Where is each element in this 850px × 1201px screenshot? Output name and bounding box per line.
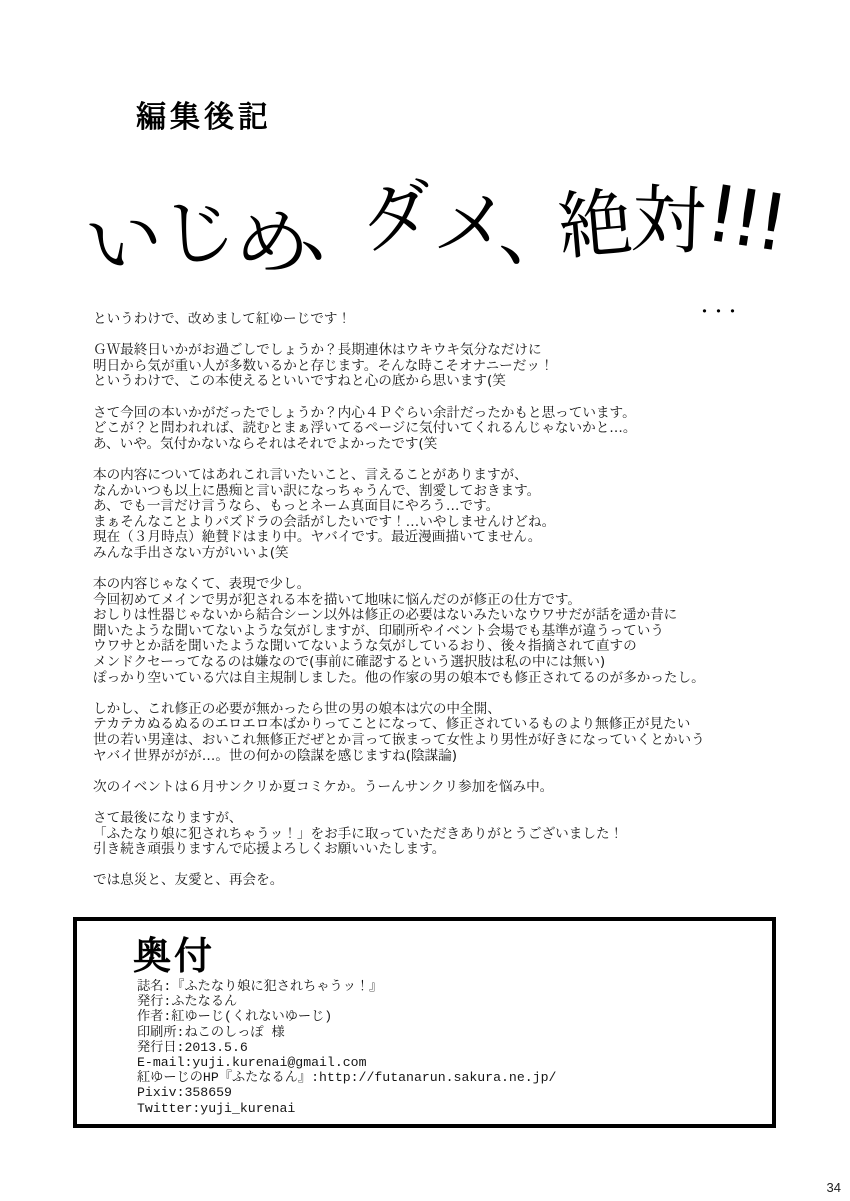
body-line: なんかいつも以上に愚痴と言い訳になっちゃうんで、割愛しておきます。 [93, 484, 808, 500]
afterword-page: 編集後記 いじめ、ダメ、絶対!!! ･･･ というわけで、改めまして紅ゆーじです… [0, 0, 850, 1201]
main-title-char: !!! [700, 175, 787, 264]
body-line: さて最後になりますが、 [93, 811, 808, 827]
main-title-char: じ [158, 192, 239, 273]
body-line: 次のイベントは６月サンクリか夏コミケか。うーんサンクリ参加を悩み中。 [93, 780, 808, 796]
body-line: あ、でも一言だけ言うなら、もっとネーム真面目にやろう…です。 [93, 499, 808, 515]
main-title-char: い [80, 196, 170, 286]
paragraph: しかし、これ修正の必要が無かったら世の男の娘本は穴の中全開、テカテカぬるぬるのエ… [93, 702, 808, 764]
main-title-char: ダ [355, 175, 440, 260]
body-line: みんな手出さない方がいいよ(笑 [93, 546, 808, 562]
body-line: 引き続き頑張りますんで応援よろしくお願いいたします。 [93, 842, 808, 858]
body-line: まぁそんなことよりパズドラの会話がしたいです！…いやしませんけどね。 [93, 515, 808, 531]
paragraph: 本の内容じゃなくて、表現で少し。今回初めてメインで男が犯される本を描いて地味に悩… [93, 577, 808, 686]
colophon-line: Pixiv:358659 [137, 1085, 556, 1100]
main-title-char: 絶 [555, 185, 635, 265]
paragraph: では息災と、友愛と、再会を。 [93, 873, 808, 889]
body-line: というわけで、改めまして紅ゆーじです！ [93, 312, 808, 328]
afterword-body: というわけで、改めまして紅ゆーじです！ＧＷ最終日いかがお過ごしでしょうか？長期連… [93, 312, 808, 905]
body-line: 本の内容じゃなくて、表現で少し。 [93, 577, 808, 593]
body-line: では息災と、友愛と、再会を。 [93, 873, 808, 889]
colophon-box: 奥付 誌名:『ふたなり娘に犯されちゃうッ！』発行:ふたなるん作者:紅ゆーじ(くれ… [73, 917, 776, 1128]
body-line: 現在（３月時点）絶賛ドはまり中。ヤバイです。最近漫画描いてません。 [93, 530, 808, 546]
paragraph: さて今回の本いかがだったでしょうか？内心４Ｐぐらい余計だったかもと思っています。… [93, 406, 808, 453]
body-line: ＧＷ最終日いかがお過ごしでしょうか？長期連休はウキウキ気分なだけに [93, 343, 808, 359]
colophon-line: 誌名:『ふたなり娘に犯されちゃうッ！』 [137, 979, 556, 994]
body-line: 世の若い男達は、おいこれ無修正だぜとか言って嵌まって女性より男性が好きになってい… [93, 733, 808, 749]
main-title-char: 対 [631, 183, 708, 260]
paragraph: さて最後になりますが、「ふたなり娘に犯されちゃうッ！」をお手に取っていただきあり… [93, 811, 808, 858]
body-line: というわけで、この本使えるといいですねと心の底から思います(笑 [93, 374, 808, 390]
colophon-line: E-mail:yuji.kurenai@gmail.com [137, 1055, 556, 1070]
colophon-line: Twitter:yuji_kurenai [137, 1101, 556, 1116]
colophon-line: 紅ゆーじのHP『ふたなるん』:http://futanarun.sakura.n… [137, 1070, 556, 1085]
body-line: ヤバイ世界ががが…。世の何かの陰謀を感じますね(陰謀論) [93, 749, 808, 765]
colophon-lines: 誌名:『ふたなり娘に犯されちゃうッ！』発行:ふたなるん作者:紅ゆーじ(くれないゆ… [137, 979, 556, 1116]
body-line: 「ふたなり娘に犯されちゃうッ！」をお手に取っていただきありがとうございました！ [93, 827, 808, 843]
body-line: ぽっかり空いている穴は自主規制しました。他の作家の男の娘本でも修正されてるのが多… [93, 671, 808, 687]
body-line: どこが？と問われれば、読むとまぁ浮いてるページに気付いてくれるんじゃないかと…。 [93, 421, 808, 437]
colophon-line: 印刷所:ねこのしっぽ 様 [137, 1025, 556, 1040]
body-line: さて今回の本いかがだったでしょうか？内心４Ｐぐらい余計だったかもと思っています。 [93, 406, 808, 422]
body-line: あ、いや。気付かないならそれはそれでよかったです(笑 [93, 437, 808, 453]
paragraph: 次のイベントは６月サンクリか夏コミケか。うーんサンクリ参加を悩み中。 [93, 780, 808, 796]
page-number: 34 [827, 1180, 841, 1195]
body-line: メンドクセーってなるのは嫌なので(事前に確認するという選択肢は私の中には無い) [93, 655, 808, 671]
colophon-line: 発行日:2013.5.6 [137, 1040, 556, 1055]
body-line: 本の内容についてはあれこれ言いたいこと、言えることがありますが、 [93, 468, 808, 484]
page-heading: 編集後記 [136, 92, 272, 136]
main-title: いじめ、ダメ、絶対!!! ･･･ [88, 178, 800, 328]
body-line: 今回初めてメインで男が犯される本を描いて地味に悩んだのが修正の仕方です。 [93, 593, 808, 609]
paragraph: というわけで、改めまして紅ゆーじです！ [93, 312, 808, 328]
main-title-chars: いじめ、ダメ、絶対!!! [88, 178, 800, 256]
paragraph: ＧＷ最終日いかがお過ごしでしょうか？長期連休はウキウキ気分なだけに明日から気が重… [93, 343, 808, 390]
colophon-line: 作者:紅ゆーじ(くれないゆーじ) [137, 1009, 556, 1024]
colophon-title: 奥付 [133, 925, 215, 980]
colophon-line: 発行:ふたなるん [137, 994, 556, 1009]
body-line: おしりは性器じゃないから結合シーン以外は修正の必要はないみたいなウワサだが話を遥… [93, 608, 808, 624]
body-line: ウワサとか話を聞いたような聞いてないような気がしているおり、後々指摘されて直すの [93, 639, 808, 655]
paragraph: 本の内容についてはあれこれ言いたいこと、言えることがありますが、なんかいつも以上… [93, 468, 808, 562]
body-line: テカテカぬるぬるのエロエロ本ばかりってことになって、修正されているものより無修正… [93, 717, 808, 733]
